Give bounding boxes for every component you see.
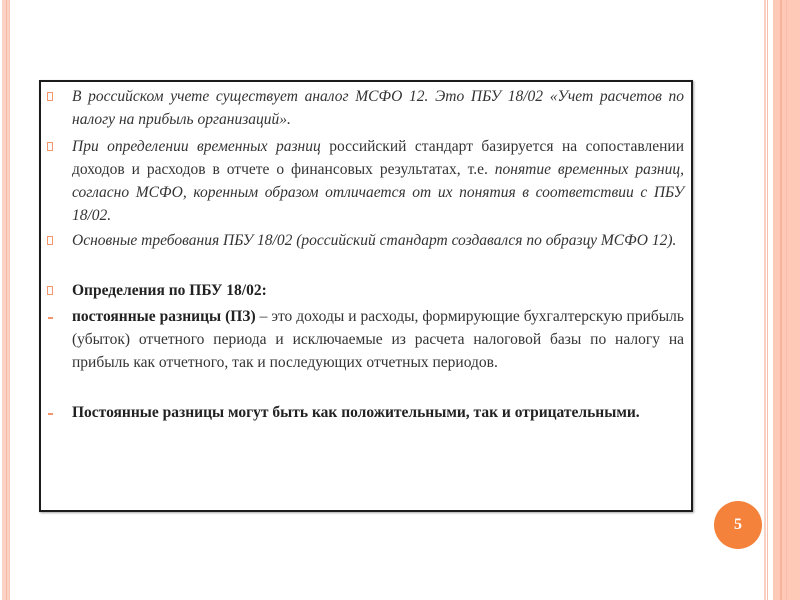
bullet-3-text: Основные требования ПБУ 18/02 (российски… (72, 232, 676, 249)
bullet-square-icon (47, 142, 53, 151)
bullet-1-text: В российском учете существует аналог МСФ… (72, 88, 684, 128)
bullet-square-icon (47, 236, 53, 245)
right-border-line (780, 0, 782, 600)
bullet-5-part-1: постоянные разницы (ПЗ) (72, 308, 256, 325)
left-border-line (6, 0, 7, 600)
left-border-line (9, 0, 10, 600)
bullet-text: Определения по ПБУ 18/02: (72, 279, 684, 302)
right-border-line (764, 0, 766, 600)
bullet-text: постоянные разницы (ПЗ) – это доходы и р… (72, 305, 684, 374)
slide-number-badge: 5 (714, 501, 762, 549)
bullet-square-icon (47, 92, 53, 101)
bullet-6-text: Постоянные разницы могут быть как положи… (72, 404, 640, 421)
right-border-line (786, 0, 787, 600)
bullet-text: В российском учете существует аналог МСФ… (72, 85, 684, 131)
bullet-text: При определении временных разниц российс… (72, 135, 684, 227)
bullet-dash-icon (48, 413, 53, 415)
bullet-text: Основные требования ПБУ 18/02 (российски… (72, 229, 684, 252)
bullet-square-icon (47, 286, 53, 295)
bullet-text: Постоянные разницы могут быть как положи… (72, 401, 684, 424)
bullet-dash-icon (48, 317, 53, 319)
bullet-4-text: Определения по ПБУ 18/02: (72, 282, 267, 299)
right-border-line (767, 0, 768, 600)
bullet-2-part-1: При определении временных разниц (72, 138, 321, 155)
